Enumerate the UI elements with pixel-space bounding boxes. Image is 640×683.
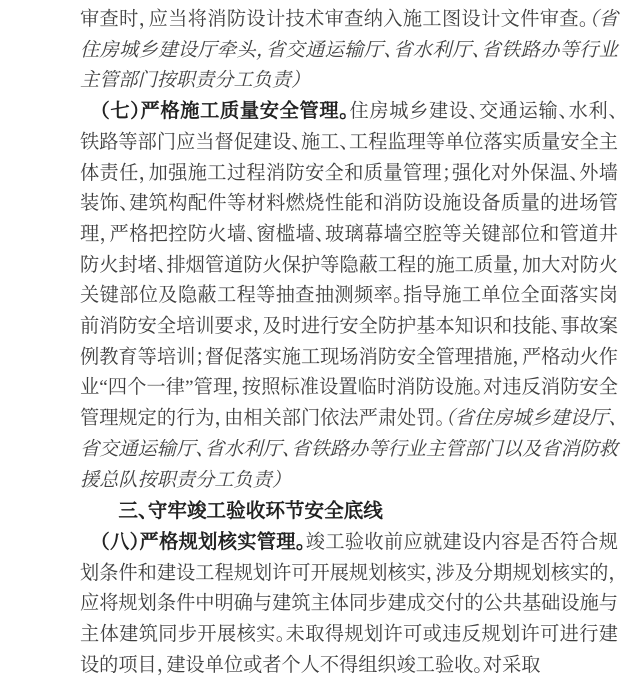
paragraph: （七）严格施工质量安全管理。住房城乡建设、交通运输、水利、铁路等部门应当督促建设… <box>80 97 618 496</box>
text-run-bold: （八）严格规划核实管理。 <box>100 532 306 553</box>
text-run-normal: 住房城乡建设、交通运输、水利、铁路等部门应当督促建设、施工、工程监理等单位落实质… <box>80 101 618 429</box>
paragraph: （八）严格规划核实管理。竣工验收前应就建设内容是否符合规划条件和建设工程规划许可… <box>80 528 618 682</box>
section-heading: 三、守牢竣工验收环节安全底线 <box>80 496 618 528</box>
document-body: 审查时，应当将消防设计技术审查纳入施工图设计文件审查。（省住房城乡建设厅牵头，省… <box>80 5 618 681</box>
text-run-normal: 竣工验收前应就建设内容是否符合规划条件和建设工程规划许可开展规划核实，涉及分期规… <box>80 532 618 676</box>
document-page: 审查时，应当将消防设计技术审查纳入施工图设计文件审查。（省住房城乡建设厅牵头，省… <box>0 0 640 683</box>
text-run-heading: 三、守牢竣工验收环节安全底线 <box>118 500 383 522</box>
text-run-normal: 审查时，应当将消防设计技术审查纳入施工图设计文件审查。 <box>80 9 589 30</box>
text-run-bold: （七）严格施工质量安全管理。 <box>100 101 349 122</box>
paragraph: 审查时，应当将消防设计技术审查纳入施工图设计文件审查。（省住房城乡建设厅牵头，省… <box>80 5 618 97</box>
